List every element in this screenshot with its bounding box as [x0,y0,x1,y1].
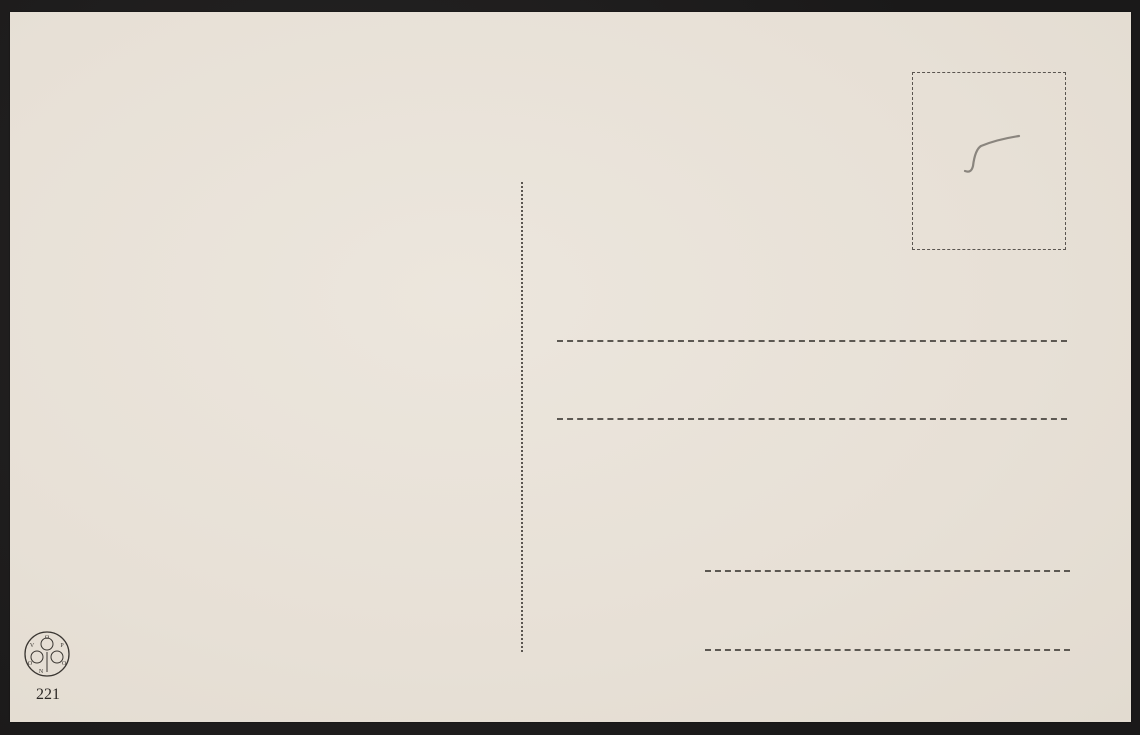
address-line-2 [557,418,1067,420]
handwritten-mark-icon [961,133,1031,183]
address-line-3 [705,570,1070,572]
address-line-4 [705,649,1070,651]
svg-text:P: P [60,643,64,649]
stamp-box: 5 [912,72,1066,250]
svg-text:V: V [30,643,35,649]
address-line-1 [557,340,1067,342]
divider-line [521,182,523,652]
svg-text:O: O [45,635,50,641]
postcard-back: 5 O V P O O N 221 [10,12,1131,722]
svg-text:N: N [39,669,44,675]
svg-text:O: O [62,661,67,667]
clover-logo-icon: O V P O O N [23,630,71,678]
catalog-number: 221 [36,686,60,704]
svg-text:O: O [28,661,33,667]
